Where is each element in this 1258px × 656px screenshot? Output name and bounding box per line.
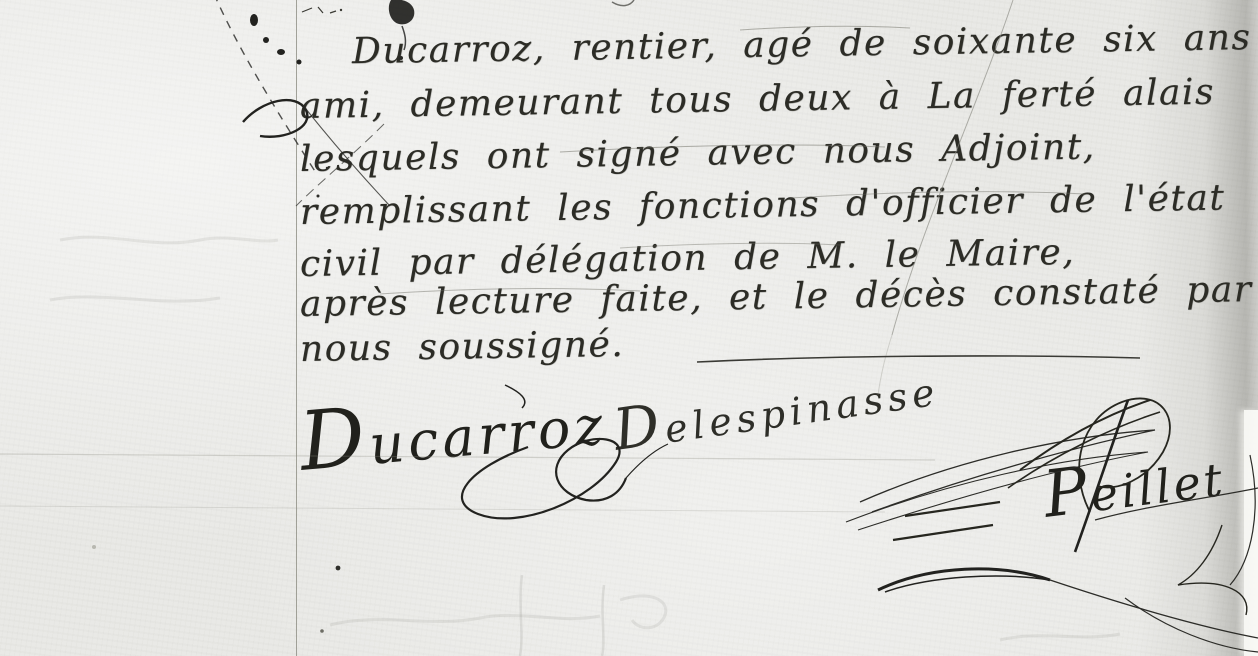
act-line-4: remplissant les fonctions d'officier de …: [300, 177, 1226, 233]
page-edge-highlight: [1244, 410, 1258, 656]
act-line-2: ami, demeurant tous deux à La ferté alai…: [300, 72, 1215, 127]
signature-delespinasse-dash: [905, 502, 1000, 516]
act-line-7: nous soussigné.: [300, 324, 625, 370]
bleed-through-marks: [520, 575, 604, 656]
ink-speck: [92, 545, 96, 549]
ink-speck: [320, 629, 324, 633]
top-ink-blot: [389, 0, 414, 24]
top-edge-mark: [612, 0, 634, 6]
ink-blot: [277, 49, 285, 55]
signature-peillet-underline: [885, 576, 1050, 592]
signature-ducarroz: Ducarroz: [296, 369, 610, 489]
act-line-3: lesquels ont signé avec nous Adjoint,: [300, 127, 1096, 180]
ink-dot: [340, 9, 342, 11]
signature-delespinasse-dash: [893, 525, 993, 540]
scanned-register-page: Ducarroz, rentier, agé de soixante six a…: [0, 0, 1258, 656]
ink-speck: [336, 566, 341, 571]
act-line-1: Ducarroz, rentier, agé de soixante six a…: [300, 17, 1252, 73]
top-edge-mark: [302, 7, 336, 13]
top-left-flourish-curl: [243, 100, 307, 137]
ink-blot: [250, 14, 258, 26]
paper-fold-line: [0, 506, 885, 512]
ink-blot: [263, 37, 269, 43]
signature-delespinasse: Delespinasse: [609, 353, 942, 464]
signature-peillet-underline: [878, 569, 1050, 590]
